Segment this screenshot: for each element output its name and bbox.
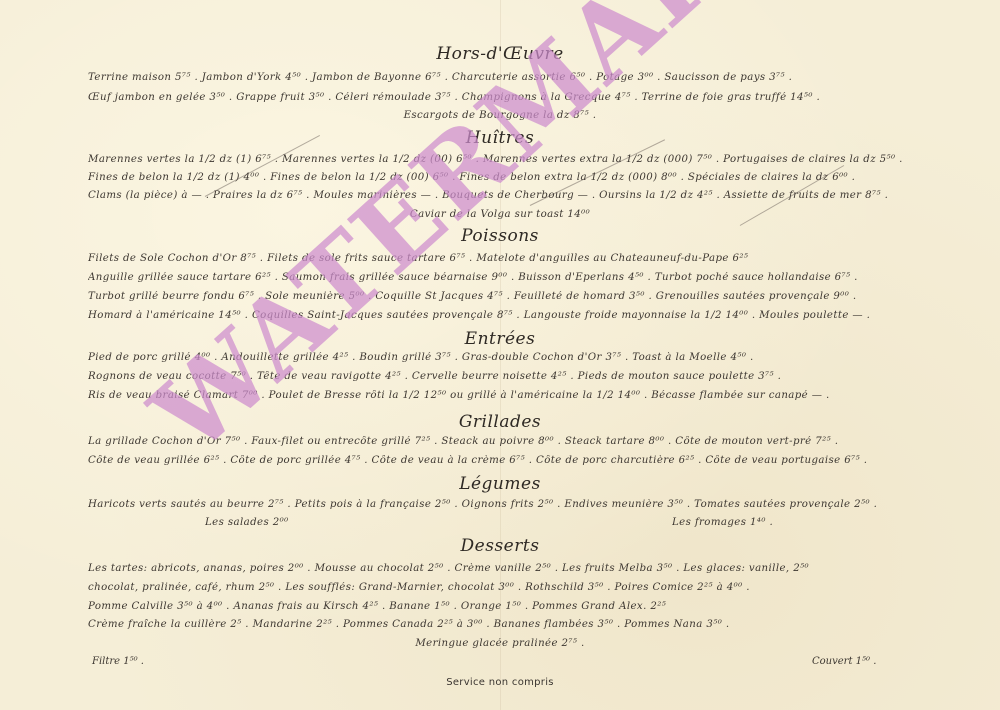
menu-line: Escargots de Bourgogne la dz 8⁷⁵ .	[0, 110, 1000, 121]
section-title-desserts: Desserts	[0, 536, 1000, 556]
menu-line-salades: Les salades 2⁰⁰	[205, 517, 405, 528]
menu-line: Les tartes: abricots, ananas, poires 2⁰⁰…	[88, 563, 908, 574]
section-title-huitres: Huîtres	[0, 128, 1000, 148]
menu-line: La grillade Cochon d'Or 7⁵⁰ . Faux-filet…	[88, 436, 908, 447]
menu-line-fromages: Les fromages 1⁴⁰ .	[672, 517, 872, 528]
menu-line: Anguille grillée sauce tartare 6²⁵ . Sau…	[88, 272, 908, 283]
menu-line: Turbot grillé beurre fondu 6⁷⁵ . Sole me…	[88, 291, 908, 302]
service-note: Service non compris	[0, 677, 1000, 688]
menu-line: Haricots verts sautés au beurre 2⁷⁵ . Pe…	[88, 499, 908, 510]
menu-line: Œuf jambon en gelée 3⁵⁰ . Grappe fruit 3…	[88, 92, 908, 103]
menu-line: Terrine maison 5⁷⁵ . Jambon d'York 4⁵⁰ .…	[88, 72, 908, 83]
menu-line: Marennes vertes la 1/2 dz (1) 6⁷⁵ . Mare…	[88, 154, 908, 165]
menu-line: Homard à l'américaine 14⁵⁰ . Coquilles S…	[88, 310, 908, 321]
section-title-poissons: Poissons	[0, 226, 1000, 246]
menu-line: Côte de veau grillée 6²⁵ . Côte de porc …	[88, 455, 908, 466]
menu-line: Pied de porc grillé 4⁰⁰ . Andouillette g…	[88, 352, 908, 363]
filtre-price: Filtre 1⁵⁰ .	[92, 656, 144, 667]
couvert-price: Couvert 1⁵⁰ .	[812, 656, 876, 667]
menu-line: Crème fraîche la cuillère 2⁵ . Mandarine…	[88, 619, 908, 630]
menu-line: Fines de belon la 1/2 dz (1) 4⁰⁰ . Fines…	[88, 172, 908, 183]
menu-line: Pomme Calville 3⁵⁰ à 4⁰⁰ . Ananas frais …	[88, 601, 908, 612]
section-title-hors-doeuvre: Hors-d'Œuvre	[0, 44, 1000, 64]
restaurant-menu: Hors-d'Œuvre Terrine maison 5⁷⁵ . Jambon…	[0, 0, 1000, 710]
menu-line: Filets de Sole Cochon d'Or 8⁷⁵ . Filets …	[88, 253, 908, 264]
menu-line: Ris de veau braisé Clamart 7⁰⁰ . Poulet …	[88, 390, 908, 401]
menu-line: Meringue glacée pralinée 2⁷⁵ .	[0, 638, 1000, 649]
menu-line: chocolat, pralinée, café, rhum 2⁵⁰ . Les…	[88, 582, 908, 593]
section-title-entrees: Entrées	[0, 329, 1000, 349]
menu-line: Caviar de la Volga sur toast 14⁰⁰	[0, 209, 1000, 220]
section-title-grillades: Grillades	[0, 412, 1000, 432]
section-title-legumes: Légumes	[0, 474, 1000, 494]
menu-line: Rognons de veau cocotte 7⁵⁰ . Tête de ve…	[88, 371, 908, 382]
